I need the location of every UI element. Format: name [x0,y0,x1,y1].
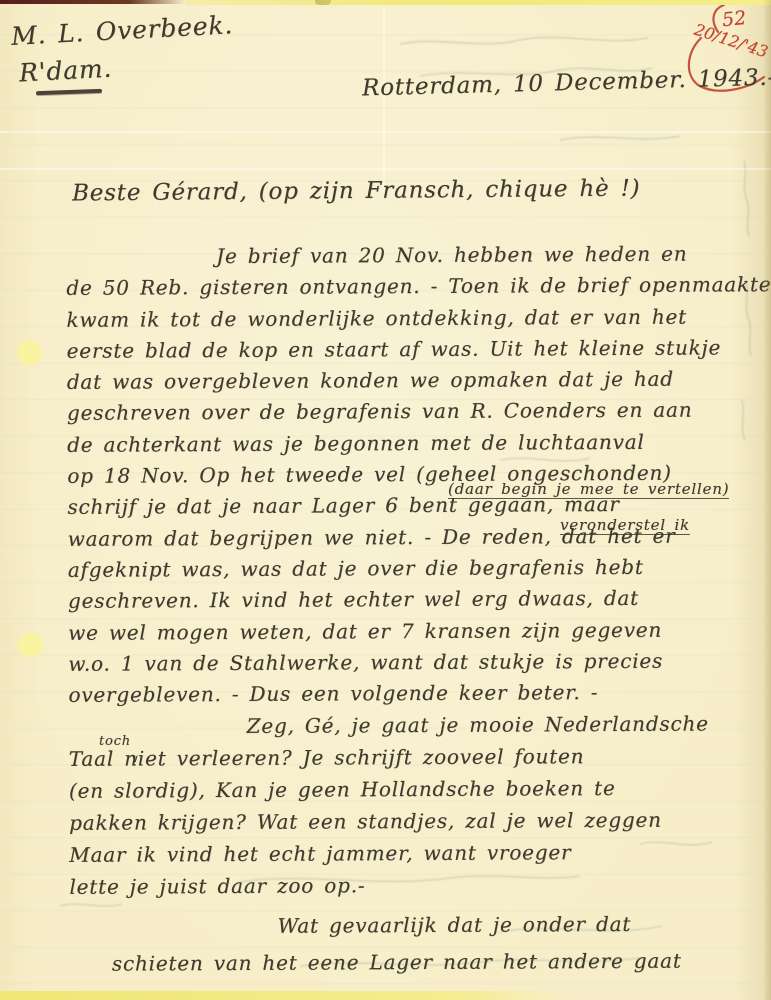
caret-mark: ∨ [131,752,139,765]
letter-line: w.o. 1 van de Stahlwerke, want dat stukj… [68,645,768,680]
salutation: Beste Gérard, (op zijn Fransch, chique h… [72,176,641,207]
scan-edge-bright [186,0,771,5]
sender-block: M. L. Overbeek. R'dam. [10,6,236,92]
scan-edge-mark [315,0,331,5]
letter-line: geschreven over de begrafenis van R. Coe… [67,395,767,430]
scan-streak [0,168,771,170]
letter-line: (en slordig), Kan je geen Hollandsche bo… [69,772,769,808]
scan-edge-dark [0,0,186,4]
letter-line: de 50 Reb. gisteren ontvangen. - Toen ik… [66,269,766,304]
letter-line: Maar ik vind het echt jammer, want vroeg… [69,836,769,872]
letter-line: eerste blad de kop en staart af was. Uit… [67,332,767,367]
punch-hole [16,339,43,367]
dateline: Rotterdam, 10 December. 1943.- [362,65,771,102]
scan-edge-bright [0,991,566,1000]
letter-line: Zeg, Gé, je gaat je mooie Nederlandsche [69,708,769,744]
paragraph-3: Wat gevaarlijk dat je onder dat schieten… [70,906,770,984]
paragraph-1: Je brief van 20 Nov. hebben we heden en … [66,238,768,711]
interlinear-insertion: (daar begin je mee te vertellen) [448,480,729,499]
letter-line: overgebleven. - Dus een volgende keer be… [68,676,768,711]
letter-line: geschreven. Ik vind het echter wel erg d… [68,582,768,617]
sender-underline-stroke [36,89,102,95]
letter-line: Wat gevaarlijk dat je onder dat [70,906,770,947]
letter-line: dat was overgebleven konden we opmaken d… [67,363,767,398]
letter-line: kwam ik tot de wonderlijke ontdekking, d… [66,301,766,336]
letter-line: Je brief van 20 Nov. hebben we heden en [66,238,766,273]
letter-line: Taal niet verleeren? Je schrijft zooveel… [69,740,769,776]
paragraph-2: Zeg, Gé, je gaat je mooie Nederlandsche … [69,708,770,904]
letter-line: schieten van het eene Lager naar het and… [70,943,770,984]
interlinear-insertion: veronderstel ik [560,516,690,535]
letter-body: Je brief van 20 Nov. hebben we heden en … [66,238,770,983]
interlinear-insertion: toch [99,734,131,749]
letter-page: M. L. Overbeek. R'dam. 52 20/12/'43 Rott… [0,0,771,1000]
letter-line: de achterkant was je begonnen met de luc… [67,426,767,461]
letter-line: we wel mogen weten, dat er 7 kransen zij… [68,614,768,649]
punch-hole [17,631,44,659]
letter-line: afgeknipt was, was dat je over die begra… [68,551,768,586]
letter-line: pakken krijgen? Wat een standjes, zal je… [69,804,769,840]
scan-streak [0,131,771,133]
letter-line: lette je juist daar zoo op.- [69,868,769,904]
